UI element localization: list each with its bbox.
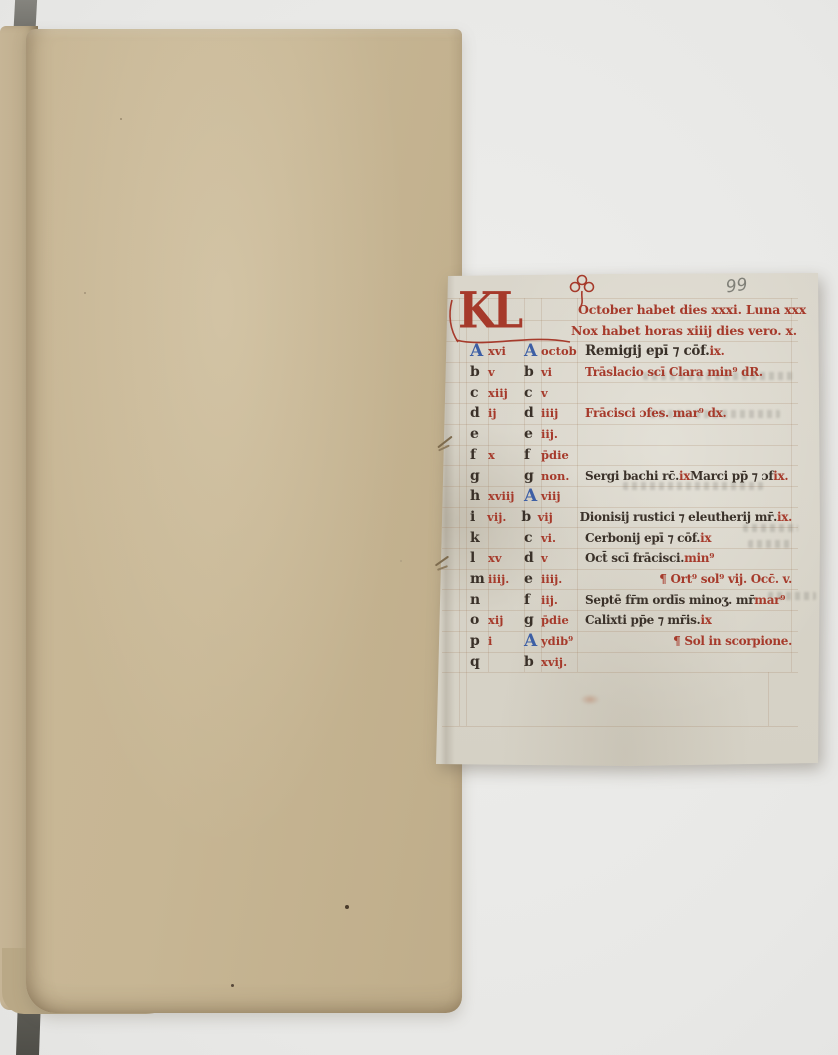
- day-cell: p̄die: [541, 613, 581, 627]
- golden-cell: ij: [488, 406, 524, 420]
- manuscript-photo: 99 KL October habet dies xxxi. Luna xxx …: [0, 0, 838, 1055]
- letter-cell: d: [470, 405, 488, 421]
- dominical-cell: A: [524, 341, 541, 361]
- feast-entry: Frācisci ɔfes. mar⁹ dx.: [585, 406, 792, 420]
- day-cell: non.: [541, 469, 581, 483]
- feast-text-segment: ix: [679, 469, 690, 483]
- dominical-cell: d: [524, 550, 541, 566]
- golden-cell: vij.: [487, 510, 521, 524]
- calendar-row: ggnon.Sergi bachi rc̄. ix Marci pp̄ ⁊ ɔf…: [428, 465, 822, 486]
- calendar-heading-line1: October habet dies xxxi. Luna xxx: [578, 301, 806, 319]
- day-cell: v: [541, 551, 581, 565]
- golden-cell: xiij: [488, 386, 524, 400]
- feast-entry: Calixti pp̄e ⁊ mr̄is. ix: [585, 613, 792, 627]
- blank-left-page: [26, 29, 462, 1013]
- folio-number: 99: [725, 275, 749, 298]
- calendar-row: ivij.bvijDionisij rustici ⁊ eleutherij m…: [428, 507, 822, 528]
- golden-cell: xvi: [488, 344, 524, 358]
- dominical-cell: b: [524, 364, 541, 380]
- day-cell: iij.: [541, 593, 581, 607]
- feast-entry: Remigij epī ⁊ cōf. ix.: [585, 343, 792, 359]
- parchment-page: 99 KL October habet dies xxxi. Luna xxx …: [428, 272, 822, 768]
- feast-text-segment: ix.: [710, 344, 725, 358]
- day-cell: iij.: [541, 427, 581, 441]
- calendar-row: cxiijcv: [428, 382, 822, 403]
- calendar-row: nfiij.Septē fr̄m ordīs minoʒ. mr̄ mar⁹: [428, 589, 822, 610]
- golden-cell: x: [488, 448, 524, 462]
- feast-entry: Oct̄ scī frācisci. min⁹: [585, 551, 792, 565]
- letter-cell: p: [470, 633, 488, 649]
- day-cell: iiij: [541, 406, 581, 420]
- ruled-line-horizontal: [442, 672, 798, 673]
- feast-entry: Cerbonij epī ⁊ cōf. ix: [585, 531, 792, 545]
- feast-text-segment: min⁹: [684, 551, 714, 565]
- feast-text-segment: Septē fr̄m ordīs minoʒ. mr̄: [585, 593, 754, 607]
- feast-text-segment: ix: [700, 531, 711, 545]
- letter-cell: n: [470, 592, 488, 608]
- calendar-row: hxviijAviij: [428, 486, 822, 507]
- calendar-heading-line2: Nox habet horas xiiij dies vero. x.: [571, 322, 797, 340]
- letter-cell: e: [470, 426, 488, 442]
- letter-cell: f: [470, 447, 488, 463]
- calendar-row: AxviAoctobRemigij epī ⁊ cōf. ix.: [428, 341, 822, 362]
- dominical-cell: g: [524, 468, 541, 484]
- paper-speck: [400, 560, 402, 562]
- dominical-cell: c: [524, 530, 541, 546]
- dominical-cell: A: [524, 631, 541, 651]
- parchment-stain: [580, 694, 600, 705]
- paper-speck: [345, 905, 349, 909]
- golden-cell: v: [488, 365, 524, 379]
- dominical-cell: f: [524, 592, 541, 608]
- paper-speck: [231, 984, 234, 987]
- letter-cell: l: [470, 550, 488, 566]
- letter-cell: b: [470, 364, 488, 380]
- feast-entry: Septē fr̄m ordīs minoʒ. mr̄ mar⁹: [585, 593, 792, 607]
- feast-entry: Sergi bachi rc̄. ix Marci pp̄ ⁊ ɔf ix.: [585, 469, 792, 483]
- dominical-cell: f: [524, 447, 541, 463]
- dominical-cell: A: [524, 486, 541, 506]
- feast-entry: Dionisij rustici ⁊ eleutherij mr̄. ix.: [580, 510, 792, 524]
- feast-text-segment: Remigij epī ⁊ cōf.: [585, 343, 710, 359]
- feast-text-segment: Trāslacio scī Clara min⁹ dR.: [585, 365, 763, 379]
- day-cell: xvij.: [541, 655, 581, 669]
- letter-cell: A: [470, 341, 488, 361]
- feast-text-segment: Marci pp̄ ⁊ ɔf: [690, 469, 773, 483]
- paper-speck: [120, 118, 122, 120]
- letter-cell: g: [470, 468, 488, 484]
- calendar-row: lxvdvOct̄ scī frācisci. min⁹: [428, 548, 822, 569]
- dominical-cell: b: [524, 654, 541, 670]
- calendar-row: piAydib⁹¶ Sol in scorpione.: [428, 631, 822, 652]
- letter-cell: k: [470, 530, 488, 546]
- kl-monogram: KL: [458, 287, 519, 336]
- calendar-row: oxijgp̄dieCalixti pp̄e ⁊ mr̄is. ix: [428, 610, 822, 631]
- calendar-row: kcvi.Cerbonij epī ⁊ cōf. ix: [428, 527, 822, 548]
- feast-text-segment: ix: [700, 613, 711, 627]
- golden-cell: i: [488, 634, 524, 648]
- feast-text-segment: Dionisij rustici ⁊ eleutherij mr̄.: [580, 510, 777, 524]
- day-cell: vij: [538, 510, 576, 524]
- letter-cell: q: [470, 654, 488, 670]
- day-cell: p̄die: [541, 448, 581, 462]
- dominical-cell: e: [524, 571, 541, 587]
- feast-text-segment: Frācisci ɔfes. mar⁹ dx.: [585, 406, 726, 420]
- golden-cell: xviij: [488, 489, 524, 503]
- golden-cell: xij: [488, 613, 524, 627]
- feast-entry: Trāslacio scī Clara min⁹ dR.: [585, 365, 792, 379]
- feast-text-segment: Oct̄ scī frācisci.: [585, 551, 684, 565]
- calendar-row: qbxvij.: [428, 652, 822, 673]
- letter-cell: h: [470, 488, 488, 504]
- calendar-leaf: 99 KL October habet dies xxxi. Luna xxx …: [428, 272, 822, 768]
- dominical-cell: d: [524, 405, 541, 421]
- day-cell: iiij.: [541, 572, 581, 586]
- feast-text-segment: ix.: [777, 510, 792, 524]
- feast-entry: ¶ Ort⁹ sol⁹ vij. Occ̄. v.: [585, 572, 792, 586]
- feast-text-segment: ¶ Ort⁹ sol⁹ vij. Occ̄. v.: [659, 572, 792, 586]
- feast-text-segment: Sergi bachi rc̄.: [585, 469, 679, 483]
- dominical-cell: e: [524, 426, 541, 442]
- feast-text-segment: Cerbonij epī ⁊ cōf.: [585, 531, 700, 545]
- ruled-line-horizontal: [442, 726, 798, 727]
- dominical-cell: g: [524, 612, 541, 628]
- day-cell: octob: [541, 344, 581, 358]
- golden-cell: xv: [488, 551, 524, 565]
- feast-text-segment: ix.: [773, 469, 788, 483]
- calendar-row: dijdiiijFrācisci ɔfes. mar⁹ dx.: [428, 403, 822, 424]
- feast-entry: ¶ Sol in scorpione.: [585, 634, 792, 648]
- day-cell: ydib⁹: [541, 634, 581, 648]
- calendar-row: eeiij.: [428, 424, 822, 445]
- letter-cell: c: [470, 385, 488, 401]
- feast-text-segment: Calixti pp̄e ⁊ mr̄is.: [585, 613, 700, 627]
- day-cell: vi.: [541, 531, 581, 545]
- dominical-cell: b: [521, 509, 537, 525]
- calendar-row: miiij.eiiij.¶ Ort⁹ sol⁹ vij. Occ̄. v.: [428, 569, 822, 590]
- ruled-line-vertical: [768, 672, 769, 726]
- dominical-cell: c: [524, 385, 541, 401]
- calendar-row: bvbviTrāslacio scī Clara min⁹ dR.: [428, 362, 822, 383]
- paper-speck: [84, 292, 86, 294]
- letter-cell: o: [470, 612, 488, 628]
- letter-cell: i: [470, 509, 487, 525]
- day-cell: v: [541, 386, 581, 400]
- feast-text-segment: ¶ Sol in scorpione.: [673, 634, 792, 648]
- calendar-row: fxfp̄die: [428, 445, 822, 466]
- letter-cell: m: [470, 571, 488, 587]
- feast-text-segment: mar⁹: [754, 593, 785, 607]
- golden-cell: iiij.: [488, 572, 524, 586]
- day-cell: viij: [541, 489, 581, 503]
- day-cell: vi: [541, 365, 581, 379]
